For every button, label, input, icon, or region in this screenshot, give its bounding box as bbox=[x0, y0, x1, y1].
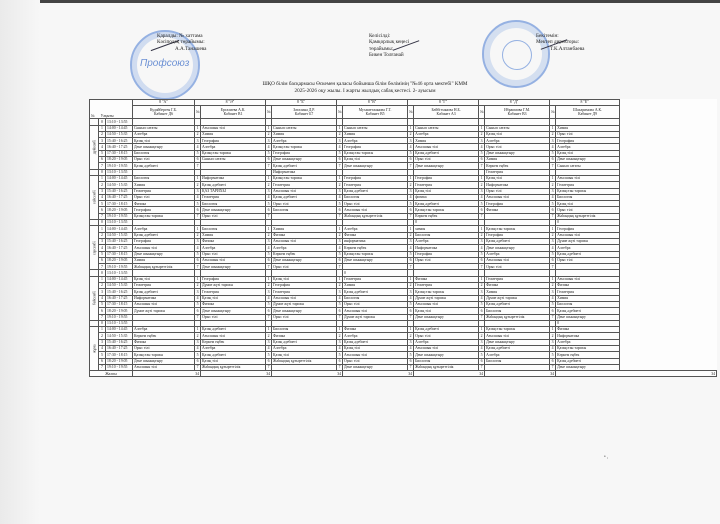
room-number: Кабинет В5 bbox=[344, 112, 406, 117]
total-value: 34 bbox=[485, 371, 556, 377]
scan-shadow bbox=[0, 0, 40, 524]
day-label: жұма bbox=[90, 327, 99, 371]
header-row-teachers: Кудайберген Г.Б.Кабинет Д6№Ергалиева А.К… bbox=[90, 106, 717, 119]
approval-left-line: Кәсіподақ төрайымы: bbox=[157, 39, 207, 45]
total-value: 34 bbox=[414, 371, 485, 377]
approval-middle-line: Бикен Толғанай bbox=[369, 52, 409, 58]
total-value: 34 bbox=[133, 371, 201, 377]
approval-right-line: Мектеп директоры: bbox=[536, 39, 584, 45]
room-number: Кабинет В3 bbox=[486, 112, 548, 117]
room-number: Кабинет А3 bbox=[415, 112, 477, 117]
day-label: дүйсенбі bbox=[90, 125, 99, 169]
day-label: сәрсенбі bbox=[90, 226, 99, 270]
emblem-icon bbox=[502, 40, 532, 70]
time-header: Уақыты bbox=[101, 114, 114, 118]
title-line: 2025-2026 оқу жылы. I жарты жылдық сабақ… bbox=[200, 88, 530, 95]
header-corner: №Уақыты bbox=[90, 100, 133, 119]
approval-left-line: А.А.Танашева bbox=[157, 46, 207, 52]
room-number: Кабинет В1 bbox=[202, 112, 264, 117]
approval-left: Қаралды: № хаттама Кәсіподақ төрайымы: А… bbox=[157, 33, 207, 52]
class-teacher-cell: Шахаримова А.К.Кабинет Д9 bbox=[556, 106, 620, 119]
class-teacher-cell: Мухаметжанова Г.Т.Кабинет В5 bbox=[343, 106, 408, 119]
room-number: Кабинет Д9 bbox=[557, 112, 618, 117]
document-page: Профсоюз Қаралды: № хаттама Кәсіподақ тө… bbox=[0, 0, 720, 524]
total-value: 34 bbox=[272, 371, 343, 377]
total-value: 34 bbox=[343, 371, 414, 377]
day-label: сейсенбі bbox=[90, 175, 99, 219]
no-header: № bbox=[91, 114, 95, 118]
class-teacher-cell: Ибраимова Г.М.Кабинет В3 bbox=[485, 106, 550, 119]
day-label: бейсенбі bbox=[90, 276, 99, 320]
school-seal-stamp bbox=[482, 20, 550, 88]
total-value: 34 bbox=[556, 371, 717, 377]
total-label: Жалпы bbox=[90, 371, 133, 377]
scan-speck: • , bbox=[604, 455, 608, 460]
total-value: 34 bbox=[201, 371, 272, 377]
approval-middle-line: Қамқорлық кеңесі bbox=[369, 39, 409, 45]
room-number: Кабинет Д6 bbox=[134, 112, 193, 117]
class-teacher-cell: Кудайберген Г.Б.Кабинет Д6 bbox=[133, 106, 195, 119]
total-row: Жалпы34343434343434 bbox=[90, 371, 717, 377]
room-number: Кабинет Б7 bbox=[273, 112, 335, 117]
schedule-table: №Уақыты8 "А"8 "Ә"8 "Б"8 "В"8 "Г"8 "Д"8 "… bbox=[89, 99, 717, 377]
approval-right-line: Т.К.Алтанбаева bbox=[536, 46, 584, 52]
day-spacer bbox=[90, 220, 99, 226]
approval-middle: Келісілді: Қамқорлық кеңесі төрайымы: Би… bbox=[369, 33, 409, 58]
day-spacer bbox=[90, 320, 99, 326]
stamp-label: Профсоюз bbox=[140, 58, 189, 69]
document-title: ШҚО білім басқармасы Өскемен қаласы бойы… bbox=[200, 81, 530, 94]
class-teacher-cell: Ергалиева А.К.Кабинет В1 bbox=[201, 106, 266, 119]
class-teacher-cell: Заталина Д.Р.Кабинет Б7 bbox=[272, 106, 337, 119]
scan-edge bbox=[0, 0, 720, 3]
class-teacher-cell: Бейбітханова Н.Б.Кабинет А3 bbox=[414, 106, 479, 119]
approval-right: Бекітемін: Мектеп директоры: Т.К.Алтанба… bbox=[536, 33, 584, 52]
